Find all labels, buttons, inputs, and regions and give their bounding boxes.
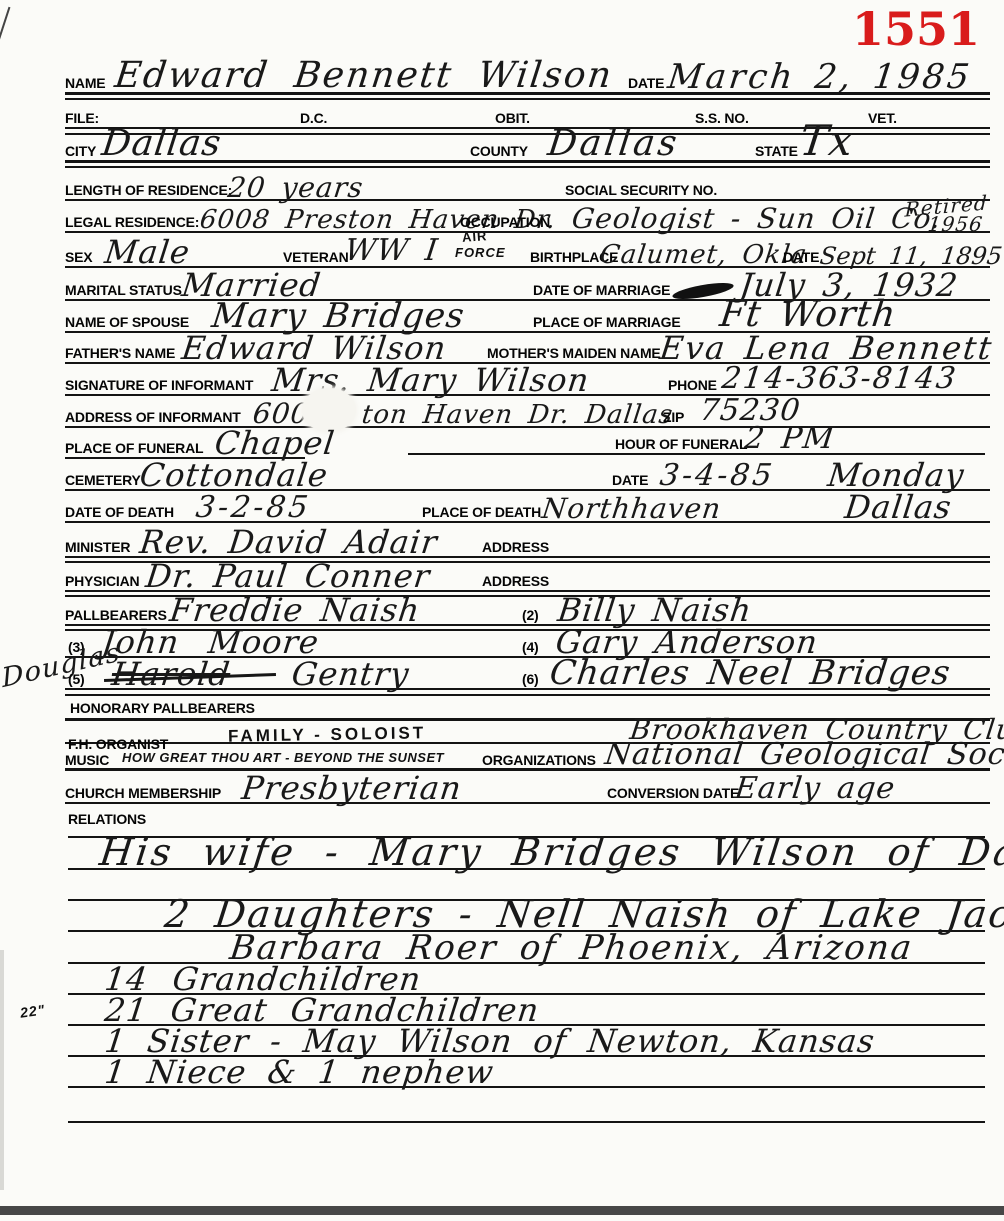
hour-of-funeral-value: 2 PM (743, 424, 836, 454)
place-of-death-value: Northhaven (540, 495, 723, 523)
conversion-date-label: CONVERSION DATE (607, 786, 739, 800)
mothers-maiden-name-value: Eva Lena Bennett (658, 332, 995, 364)
relations-rule (68, 1121, 985, 1123)
length-of-residence-value: 20 years (226, 174, 365, 202)
physician-address-label: ADDRESS (482, 574, 549, 588)
place-of-marriage-value: Ft Worth (718, 297, 898, 333)
address-of-informant-label: ADDRESS OF INFORMANT (65, 410, 241, 424)
birth-date-label: DATE (783, 250, 819, 264)
city-label: CITY (65, 144, 96, 158)
pallbearer-5-value: Gentry (290, 658, 411, 690)
church-membership-label: CHURCH MEMBERSHIP (65, 786, 221, 800)
minister-address-label: ADDRESS (482, 540, 549, 554)
ss-no-label: S.S. NO. (695, 111, 749, 125)
name-value: Edward Bennett Wilson (113, 58, 615, 94)
form-rule (65, 199, 990, 201)
fathers-name-value: Edward Wilson (180, 332, 448, 364)
form-rule (65, 694, 990, 696)
birthplace-value: Calumet, Okla (598, 242, 809, 268)
relation-line: His wife - Mary Bridges Wilson of Dallas (98, 833, 1004, 871)
dc-label: D.C. (300, 111, 327, 125)
fh-organist-value: FAMILY - SOLOIST (228, 724, 426, 744)
pallbearer-4-label: (4) (522, 640, 539, 654)
mothers-maiden-name-label: MOTHER'S MAIDEN NAME (487, 346, 661, 360)
date-of-marriage-label: DATE OF MARRIAGE (533, 283, 670, 297)
veteran-note-line2: FORCE (455, 246, 506, 259)
city-value: Dallas (100, 126, 224, 162)
veteran-note-line1: AIR (462, 229, 488, 244)
legal-residence-label: LEGAL RESIDENCE: (65, 215, 199, 229)
marital-status-label: MARITAL STATUS (65, 283, 182, 297)
form-rule (408, 453, 985, 455)
obit-label: OBIT. (495, 111, 530, 125)
pallbearer-1-value: Freddie Naish (168, 594, 422, 626)
address-of-informant-value-part2: ton Haven Dr. Dallas (360, 402, 674, 428)
music-label: MUSIC (65, 753, 109, 767)
place-of-funeral-label: PLACE OF FUNERAL (65, 441, 203, 455)
scan-bottom-bar (0, 1206, 1004, 1215)
page-number: 1551 (852, 6, 980, 52)
sex-label: SEX (65, 250, 92, 264)
form-rule (65, 166, 990, 168)
pallbearer-2-label: (2) (522, 608, 539, 622)
vet-label: VET. (868, 111, 897, 125)
file-label: FILE: (65, 111, 99, 125)
conversion-date-value: Early age (733, 774, 897, 804)
county-value: Dallas (546, 126, 682, 162)
sex-value: Male (103, 236, 192, 268)
form-rule (65, 98, 990, 100)
pallbearer-5-struck-value: Harold (110, 658, 232, 690)
funeral-date-value: 3-4-85 (658, 461, 776, 491)
place-of-death-label: PLACE OF DEATH (422, 505, 541, 519)
county-label: COUNTY (470, 144, 528, 158)
cemetery-value: Cottondale (138, 459, 330, 491)
state-value: Tx (797, 120, 856, 162)
state-label: STATE (755, 144, 798, 158)
place-of-funeral-value: Chapel (213, 427, 337, 459)
place-of-death-note: Dallas (843, 491, 954, 523)
signature-of-informant-label: SIGNATURE OF INFORMANT (65, 378, 253, 392)
date-of-death-label: DATE OF DEATH (65, 505, 174, 519)
name-label: NAME (65, 76, 105, 90)
zip-label: ZIP (663, 410, 684, 424)
name-of-spouse-label: NAME OF SPOUSE (65, 315, 189, 329)
date-value: March 2, 1985 (666, 60, 974, 94)
relations-label: RELATIONS (68, 812, 146, 826)
funeral-day-note: Monday (826, 459, 966, 491)
fh-organist-label: F.H. ORGANIST (68, 737, 168, 751)
date-label: DATE (628, 76, 664, 90)
hour-of-funeral-label: HOUR OF FUNERAL (615, 437, 747, 451)
physician-label: PHYSICIAN (65, 574, 139, 588)
phone-value: 214-363-8143 (720, 364, 959, 394)
date-of-death-value: 3-2-85 (194, 493, 312, 523)
scan-left-edge (0, 950, 4, 1190)
physician-value: Dr. Paul Conner (144, 560, 432, 592)
cemetery-label: CEMETERY (65, 473, 141, 487)
funeral-record-scan: 1551 NAME Edward Bennett Wilson DATE Mar… (0, 0, 1004, 1221)
pallbearer-5-label: (5) (68, 672, 85, 686)
pallbearers-label: PALLBEARERS (65, 608, 167, 622)
fathers-name-label: FATHER'S NAME (65, 346, 175, 360)
place-of-marriage-label: PLACE OF MARRIAGE (533, 315, 681, 329)
length-of-residence-label: LENGTH OF RESIDENCE: (65, 183, 232, 197)
occupation-label: OCCUPATION (460, 215, 550, 229)
phone-label: PHONE (668, 378, 717, 392)
organizations-label: ORGANIZATIONS (482, 753, 596, 767)
veteran-value: WW I (343, 236, 440, 266)
minister-value: Rev. David Adair (138, 526, 439, 558)
veteran-label: VETERAN (283, 250, 349, 264)
funeral-date-label: DATE (612, 473, 648, 487)
occupation-note-line2: 1956 (927, 214, 984, 234)
pallbearer-3-value: John Moore (100, 626, 321, 658)
name-of-spouse-value: Mary Bridges (210, 299, 467, 333)
pallbearer-2-value: Billy Naish (556, 594, 754, 626)
pallbearer-6-value: Charles Neel Bridges (548, 656, 953, 690)
relation-line: 1 Niece & 1 nephew (103, 1056, 496, 1088)
music-value: HOW GREAT THOU ART - BEYOND THE SUNSET (122, 751, 444, 764)
social-security-no-label: SOCIAL SECURITY NO. (565, 183, 717, 197)
pallbearer-5-margin-note: Douglas (0, 639, 121, 692)
minister-label: MINISTER (65, 540, 130, 554)
relations-margin-note: 22" (19, 1002, 46, 1019)
honorary-pallbearers-label: HONORARY PALLBEARERS (70, 701, 255, 715)
church-membership-value: Presbyterian (240, 772, 464, 804)
scan-corner-mark (0, 7, 10, 48)
occupation-value: Geologist - Sun Oil Co. (570, 205, 942, 233)
birth-date-value: Sept 11, 1895 (819, 244, 1004, 268)
pallbearer-6-label: (6) (522, 672, 539, 686)
organizations-value: National Geological Society (603, 740, 1004, 770)
